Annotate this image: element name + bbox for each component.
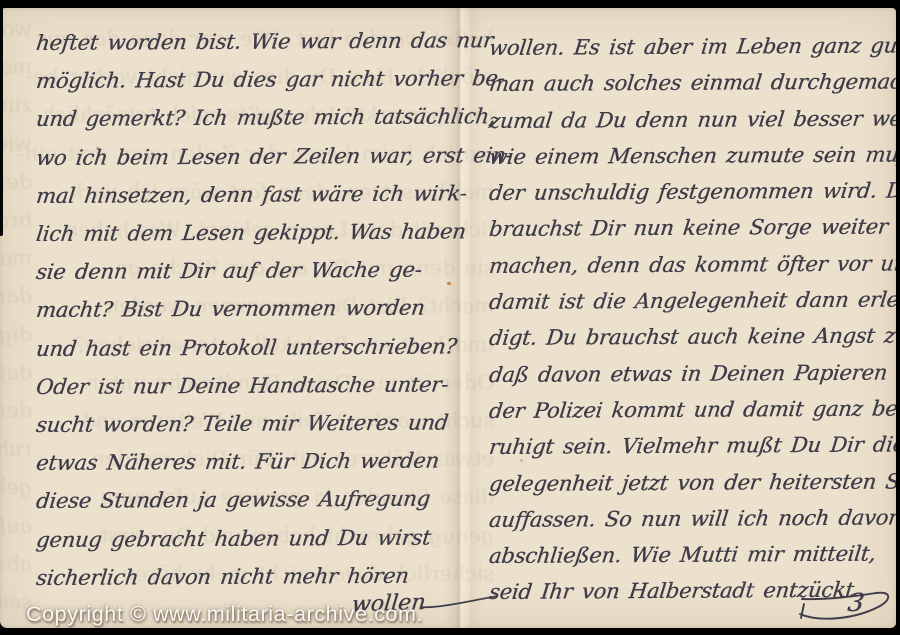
handwriting-line: sucht worden? Teile mir Weiteres und	[34, 404, 453, 445]
handwriting-line: mal hinsetzen, denn fast wäre ich wirk-	[34, 174, 453, 215]
ink-speck	[96, 147, 99, 149]
handwriting-line: lich mit dem Lesen gekippt. Was haben	[34, 212, 453, 253]
handwriting-line: und hast ein Protokoll unterschrieben?	[34, 327, 453, 368]
handwriting-line: zumal da Du denn nun viel besser weißt,	[487, 100, 896, 139]
handwriting-line: macht? Bist Du vernommen worden	[34, 289, 453, 330]
handwriting-line: machen, denn das kommt öfter vor und	[487, 245, 896, 284]
secondary-fold-shading	[470, 8, 484, 628]
handwriting-line: abschließen. Wie Mutti mir mitteilt,	[487, 536, 896, 575]
handwriting-line: gelegenheit jetzt von der heitersten Sei…	[487, 463, 896, 502]
handwriting-line: daß davon etwas in Deinen Papieren bei	[487, 354, 896, 393]
ink-speck	[447, 282, 451, 285]
handwriting-line: wie einem Menschen zumute sein muß,	[487, 136, 896, 175]
letter-paper: wollen. Es ist aber im Leben ganz gut, w…	[0, 8, 896, 628]
handwriting-line: damit ist die Angelegenheit dann erle-	[487, 282, 896, 321]
handwriting-line: man auch solches einmal durchgemacht hat…	[487, 64, 896, 103]
handwriting-line: ruhigt sein. Vielmehr mußt Du Dir die An…	[0, 430, 35, 468]
page-number: 3	[792, 586, 896, 628]
pen-flourish-loop-icon	[792, 586, 896, 628]
handwriting-line: brauchst Dir nun keine Sorge weiter	[0, 201, 35, 239]
handwriting-line: man auch solches einmal durchgemacht hat…	[0, 48, 35, 86]
handwriting-line: genug gebracht haben und Du wirst	[34, 518, 453, 559]
handwriting-line: zumal da Du denn nun viel besser weißt,	[0, 86, 35, 124]
handwriting-line: machen, denn das kommt öfter vor und	[0, 239, 35, 277]
handwriting-line: wollen. Es ist aber im Leben ganz gut, w…	[0, 10, 35, 48]
handwriting-line: heftet worden bist. Wie war denn das nur	[34, 21, 453, 62]
handwriting-line: ruhigt sein. Vielmehr mußt Du Dir die An…	[487, 427, 896, 466]
letter-page-right: wollen. Es ist aber im Leben ganz gut, w…	[487, 30, 896, 611]
handwriting-line: wie einem Menschen zumute sein muß,	[0, 125, 35, 163]
handwriting-line: digt. Du brauchst auch keine Angst zu ha…	[487, 318, 896, 357]
handwriting-line: daß davon etwas in Deinen Papieren bei	[0, 354, 35, 392]
ink-speck	[520, 459, 523, 462]
handwriting-line: Oder ist nur Deine Handtasche unter-	[34, 365, 453, 406]
scan-edge-artifact	[0, 8, 3, 236]
handwriting-line: abschließen. Wie Mutti mir mitteilt,	[0, 545, 35, 583]
handwriting-line: der unschuldig festgenommen wird. Du	[487, 173, 896, 212]
handwriting-line: der Polizei kommt und damit ganz be-	[0, 392, 35, 430]
handwriting-line: diese Stunden ja gewisse Aufregung	[34, 480, 453, 521]
handwriting-line: auffassen. So nun will ich noch davon	[487, 499, 896, 538]
copyright-watermark: Copyright © www.militaria-archive.com.	[26, 602, 423, 627]
handwriting-line: gelegenheit jetzt von der heitersten Sei…	[0, 468, 35, 506]
handwriting-line: der unschuldig festgenommen wird. Du	[0, 163, 35, 201]
letter-page-left: heftet worden bist. Wie war denn das nur…	[34, 24, 448, 597]
handwriting-line: möglich. Hast Du dies gar nicht vorher b…	[34, 60, 453, 101]
handwriting-line: der Polizei kommt und damit ganz be-	[487, 390, 896, 429]
handwriting-line: digt. Du brauchst auch keine Angst zu ha…	[0, 316, 35, 354]
letter-scan: wollen. Es ist aber im Leben ganz gut, w…	[0, 0, 900, 635]
handwriting-line: etwas Näheres mit. Für Dich werden	[34, 442, 453, 483]
handwriting-line: wo ich beim Lesen der Zeilen war, erst e…	[34, 136, 453, 177]
handwriting-line: sie denn mit Dir auf der Wache ge-	[34, 251, 453, 292]
handwriting-line: auffassen. So nun will ich noch davon	[0, 507, 35, 545]
handwriting-line: und gemerkt? Ich mußte mich tatsächlich,	[34, 98, 453, 139]
handwriting-line: brauchst Dir nun keine Sorge weiter	[487, 209, 896, 248]
handwriting-line: wollen. Es ist aber im Leben ganz gut, w…	[487, 27, 896, 66]
handwriting-line: damit ist die Angelegenheit dann erle-	[0, 277, 35, 315]
